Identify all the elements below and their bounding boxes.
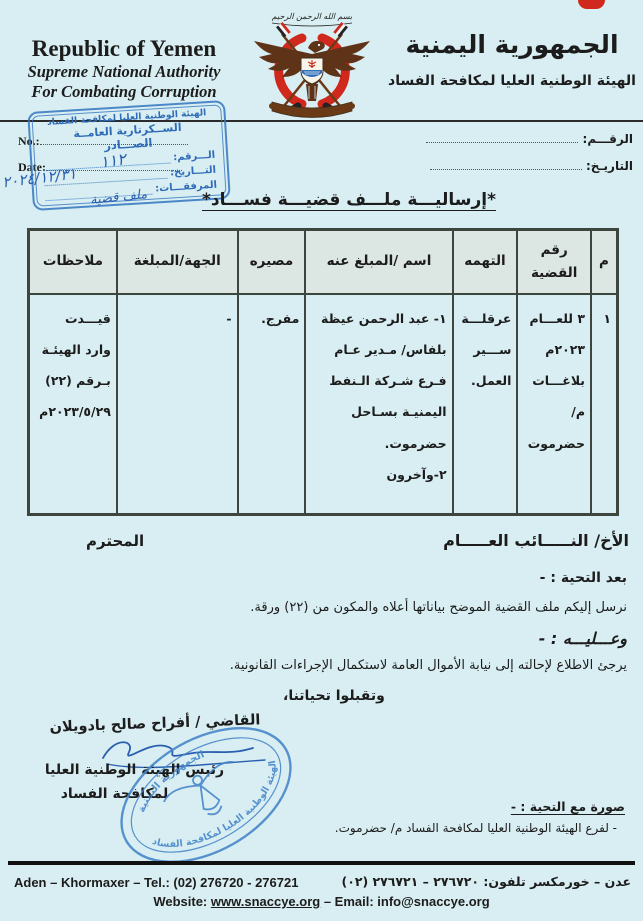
table-row: ١ ٣ للعـــام ٢٠٢٣م بلاغـــات م/حضرموت عر… <box>29 294 618 515</box>
addressee-row: الأخ/ النـــــائب العـــــام المحترم <box>20 531 629 550</box>
honorific: المحترم <box>86 532 144 550</box>
cell-fate: مفرج. <box>238 294 306 515</box>
header-english-block: Republic of Yemen Supreme National Autho… <box>10 36 238 102</box>
cell-entity: - <box>117 294 238 515</box>
scan-red-mark <box>578 0 605 9</box>
footer-contacts: Website: www.snaccye.org – Email: info@s… <box>0 894 643 909</box>
col-header-fate: مصيره <box>238 230 306 294</box>
handwritten-outgoing-number: ١١٢ <box>99 149 127 171</box>
footer-divider <box>8 861 635 865</box>
col-header-entity: الجهة/المبلغة <box>117 230 238 294</box>
col-header-case-number: رقم القضية <box>517 230 591 294</box>
official-oval-stamp: الجمهورية اليمنية الهيئة الوطنية العليا … <box>100 720 312 870</box>
col-header-serial: م <box>591 230 618 294</box>
bismillah-text: بسم الله الرحمن الرحيم <box>272 12 353 21</box>
scanned-letter-page: Republic of Yemen Supreme National Autho… <box>0 0 643 921</box>
raqm-line <box>426 133 578 143</box>
cell-notes: قيـــدت وارد الهيئـة بـرقم (٢٢) ٢٠٢٣/٥/٢… <box>29 294 117 515</box>
email-label: – Email: <box>320 894 377 909</box>
country-name-en: Republic of Yemen <box>10 36 238 62</box>
tarikh-line <box>430 160 582 170</box>
case-table: م رقم القضية التهمه اسم /المبلغ عنه مصير… <box>27 228 619 516</box>
letter-body-2: يرجئ الاطلاع لإحالته إلى نيابة الأموال ا… <box>230 658 627 673</box>
footer-address-ar: عدن – خورمكسر تلفون: ٢٧٦٧٢٠ – ٢٧٦٧٢١ (٠٢… <box>341 874 631 889</box>
yemen-coat-of-arms: بسم الله الرحمن الرحيم <box>238 8 386 122</box>
table-header-row: م رقم القضية التهمه اسم /المبلغ عنه مصير… <box>29 230 618 294</box>
tarikh-label: التاريـخ: <box>586 159 633 173</box>
cc-item: - لفرع الهيئة الوطنية العليا لمكافحة الف… <box>335 821 617 835</box>
raqm-label: الرقـــم: <box>583 132 633 146</box>
cc-header: صورة مع التحية : - <box>511 799 625 814</box>
scroll-roll-right <box>349 103 355 109</box>
flag-left <box>276 22 291 37</box>
flag-right <box>333 22 348 37</box>
col-header-notes: ملاحظات <box>29 230 117 294</box>
cell-accused-name: ١- عبد الرحمن عيظة بلفاس/ مـدير عـام فـر… <box>305 294 452 515</box>
stamp-date-label: التـــاريخ: <box>170 165 217 179</box>
cell-charge: عرقلـــة ســـير العمل. <box>453 294 518 515</box>
letter-closing: وتقبلوا تحياتنا، <box>283 688 385 704</box>
email-address: info@snaccye.org <box>377 894 489 909</box>
footer-address-en: Aden – Khormaxer – Tel.: (02) 276720 - 2… <box>14 875 298 890</box>
letter-transition: وعـــليـــه : - <box>539 629 627 648</box>
authority-name-en-1: Supreme National Authority <box>10 62 238 82</box>
col-header-accused-name: اسم /المبلغ عنه <box>305 230 452 294</box>
country-name-ar: الجمهورية اليمنية <box>387 30 637 59</box>
authority-name-en-2: For Combating Corruption <box>10 82 238 102</box>
accused-line-1: ١- عبد الرحمن عيظة بلفاس/ مـدير عـام فـر… <box>311 303 446 459</box>
document-title: *إرساليـــة ملـــف قضيـــة فســـاد* <box>0 190 643 210</box>
ref-fields-arabic: الرقـــم: التاريـخ: <box>426 132 633 186</box>
accused-line-2: ٢-وآخرون <box>311 459 446 490</box>
letter-body-1: نرسل إليكم ملف القضية الموضح بياناتها أع… <box>250 600 627 615</box>
col-header-charge: التهمه <box>453 230 518 294</box>
website-label: Website: <box>153 894 211 909</box>
cell-serial: ١ <box>591 294 618 515</box>
salutation: بعد التحية : - <box>540 570 627 586</box>
header-arabic-block: الجمهورية اليمنية الهيئة الوطنية العليا … <box>387 30 637 89</box>
stamp-number-label: الـــرقم: <box>173 150 216 164</box>
addressee: الأخ/ النـــــائب العـــــام <box>443 531 629 550</box>
website-url: www.snaccye.org <box>211 894 320 909</box>
scroll-roll-left <box>269 103 275 109</box>
cell-case-number: ٣ للعـــام ٢٠٢٣م بلاغـــات م/حضرموت <box>517 294 591 515</box>
authority-name-ar: الهيئة الوطنية العليا لمكافحة الفساد <box>387 73 637 89</box>
